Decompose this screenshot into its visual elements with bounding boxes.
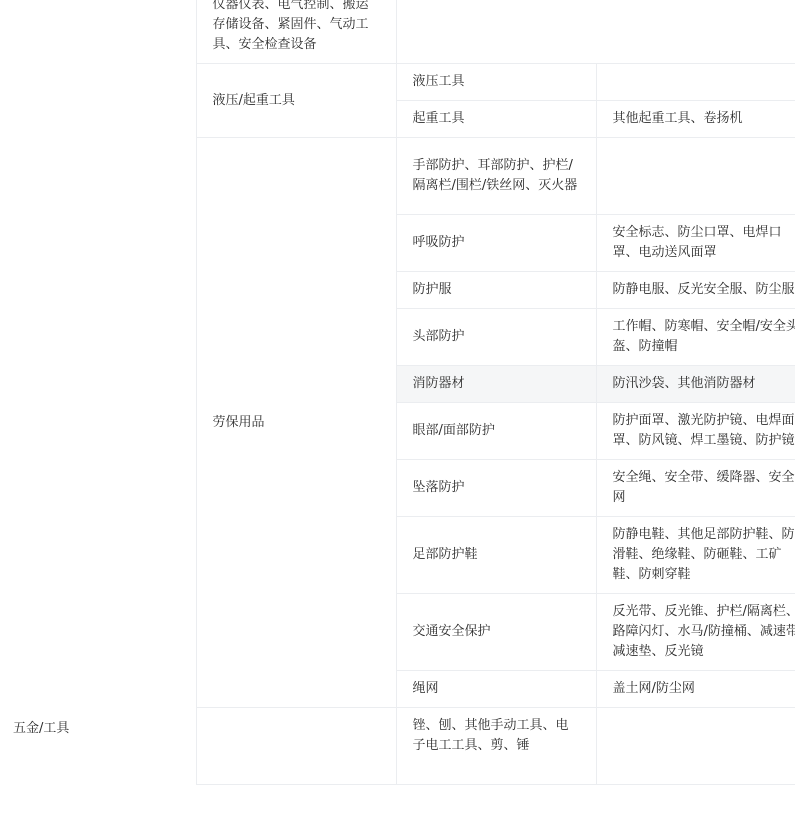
subcategory-cell: 锉、刨、其他手动工具、电子电工工具、剪、锤	[396, 708, 596, 785]
category-table: 五金/工具 仪器仪表、电气控制、搬运存储设备、紧固件、气动工具、安全检查设备 液…	[0, 0, 795, 785]
subcategory-cell: 绳网	[396, 671, 596, 708]
items-cell: 防汛沙袋、其他消防器材	[596, 366, 795, 403]
subcategory-cell: 坠落防护	[396, 460, 596, 517]
subcategory-cell: 手部防护、耳部防护、护栏/隔离栏/围栏/铁丝网、灭火器	[396, 138, 596, 215]
subcategory-cell: 防护服	[396, 272, 596, 309]
subcategory-cell: 足部防护鞋	[396, 517, 596, 594]
category-cell: 五金/工具	[0, 0, 196, 785]
items-cell: 防静电服、反光安全服、防尘服	[596, 272, 795, 309]
items-cell: 盖土网/防尘网	[596, 671, 795, 708]
items-cell	[596, 64, 795, 101]
group-label: 劳保用品	[213, 415, 265, 430]
items-cell: 其他起重工具、卷扬机	[596, 101, 795, 138]
subcategory-label: 仪器仪表、电气控制、搬运存储设备、紧固件、气动工具、安全检查设备	[213, 0, 369, 52]
subcategory-cell: 消防器材	[396, 366, 596, 403]
subcategory-cell: 眼部/面部防护	[396, 403, 596, 460]
items-cell: 安全绳、安全带、缓降器、安全网	[596, 460, 795, 517]
subcategory-cell: 头部防护	[396, 309, 596, 366]
items-cell: 反光带、反光锥、护栏/隔离栏、路障闪灯、水马/防撞桶、减速带/减速垫、反光镜	[596, 594, 795, 671]
group-label: 液压/起重工具	[213, 93, 295, 108]
subcategory-cell: 呼吸防护	[396, 215, 596, 272]
items-cell	[596, 138, 795, 215]
subcategory-cell: 液压工具	[396, 64, 596, 101]
table-row: 五金/工具 仪器仪表、电气控制、搬运存储设备、紧固件、气动工具、安全检查设备	[0, 0, 795, 64]
subcategory-cell: 交通安全保护	[396, 594, 596, 671]
category-label: 五金/工具	[13, 719, 69, 739]
items-cell	[396, 0, 795, 64]
items-cell: 防静电鞋、其他足部防护鞋、防滑鞋、绝缘鞋、防砸鞋、工矿鞋、防刺穿鞋	[596, 517, 795, 594]
group-cell	[196, 708, 396, 785]
subcategory-cell: 仪器仪表、电气控制、搬运存储设备、紧固件、气动工具、安全检查设备	[196, 0, 396, 64]
items-cell: 安全标志、防尘口罩、电焊口罩、电动送风面罩	[596, 215, 795, 272]
items-cell: 工作帽、防寒帽、安全帽/安全头盔、防撞帽	[596, 309, 795, 366]
items-cell	[596, 708, 795, 785]
items-cell: 防护面罩、激光防护镜、电焊面罩、防风镜、焊工墨镜、防护镜	[596, 403, 795, 460]
group-cell: 液压/起重工具	[196, 64, 396, 138]
group-cell: 劳保用品	[196, 138, 396, 708]
subcategory-cell: 起重工具	[396, 101, 596, 138]
table-container: 五金/工具 仪器仪表、电气控制、搬运存储设备、紧固件、气动工具、安全检查设备 液…	[0, 0, 795, 785]
